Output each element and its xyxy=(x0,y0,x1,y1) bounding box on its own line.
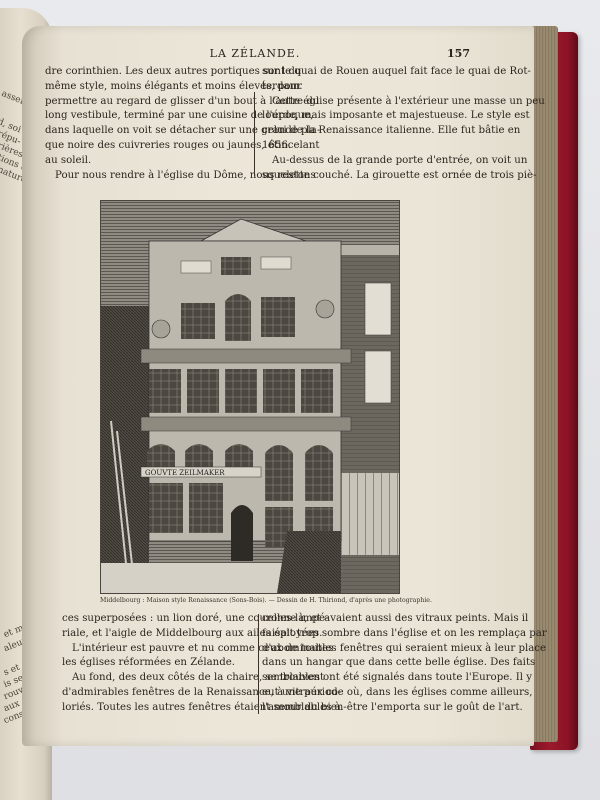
text-line: semblables ont été signalés dans toute l… xyxy=(262,671,466,686)
text-line: au soleil. xyxy=(45,154,245,169)
bottom-right-column: celles-là, et avaient aussi des vitraux … xyxy=(262,612,466,716)
text-line: d'abominables fenêtres qui seraient mieu… xyxy=(262,642,466,657)
text-line: riale, et l'aigle de Middelbourg aux ail… xyxy=(62,627,252,642)
text-line: dre corinthien. Les deux autres portique… xyxy=(45,65,245,80)
text-line: loriés. Toutes les autres fenêtres étaie… xyxy=(62,701,252,716)
facade-engraving: GOUVTE ZEILMAKER xyxy=(100,200,400,594)
text-line: L'intérieur est pauvre et nu comme ceux … xyxy=(62,642,252,657)
text-line: 1656. xyxy=(262,139,468,154)
page-number: 157 xyxy=(447,47,470,60)
text-line: terdam. xyxy=(262,80,468,95)
top-left-column: dre corinthien. Les deux autres portique… xyxy=(45,65,245,183)
text-line: que noire des cuivreries rouges ou jaune… xyxy=(45,139,245,154)
text-line: ces superposées : un lion doré, une cour… xyxy=(62,612,252,627)
text-line: eut une période où, dans les églises com… xyxy=(262,686,466,701)
running-header: LA ZÉLANDE. 157 xyxy=(40,47,470,61)
text-line: Au-dessus de la grande porte d'entrée, o… xyxy=(262,154,468,169)
text-line: sur le quai de Rouen auquel fait face le… xyxy=(262,65,468,80)
column-rule xyxy=(258,614,259,714)
illustration-caption: Middelbourg : Maison style Renaissance (… xyxy=(100,597,400,604)
text-line: permettre au regard de glisser d'un bout… xyxy=(45,95,245,110)
text-line: Au fond, des deux côtés de la chaire, se… xyxy=(62,671,252,686)
text-line: d'admirables fenêtres de la Renaissance,… xyxy=(62,686,252,701)
text-line: Pour nous rendre à l'église du Dôme, nou… xyxy=(45,169,245,184)
text-line: faisait trop sombre dans l'église et on … xyxy=(262,627,466,642)
text-line: lourde, mais imposante et majestueuse. L… xyxy=(262,109,468,124)
top-right-column: sur le quai de Rouen auquel fait face le… xyxy=(262,65,468,183)
text-line: celui de la Renaissance italienne. Elle … xyxy=(262,124,468,139)
column-rule xyxy=(254,92,255,176)
text-line: dans laquelle on voit se détacher sur un… xyxy=(45,124,245,139)
text-line: long vestibule, terminé par une cuisine … xyxy=(45,109,245,124)
text-line: celles-là, et avaient aussi des vitraux … xyxy=(262,612,466,627)
text-line: les églises réformées en Zélande. xyxy=(62,656,252,671)
text-line: squelette couché. La girouette est ornée… xyxy=(262,169,468,184)
text-line: dans un hangar que dans cette belle égli… xyxy=(262,656,466,671)
shop-sign-text: GOUVTE ZEILMAKER xyxy=(145,469,225,477)
text-line: Cette église présente à l'extérieur une … xyxy=(262,95,468,110)
bottom-left-column: ces superposées : un lion doré, une cour… xyxy=(62,612,252,716)
text-line: même style, moins élégants et moins élev… xyxy=(45,80,245,95)
text-line: l'amour du bien-être l'emporta sur le go… xyxy=(262,701,466,716)
running-title: LA ZÉLANDE. xyxy=(40,47,470,60)
